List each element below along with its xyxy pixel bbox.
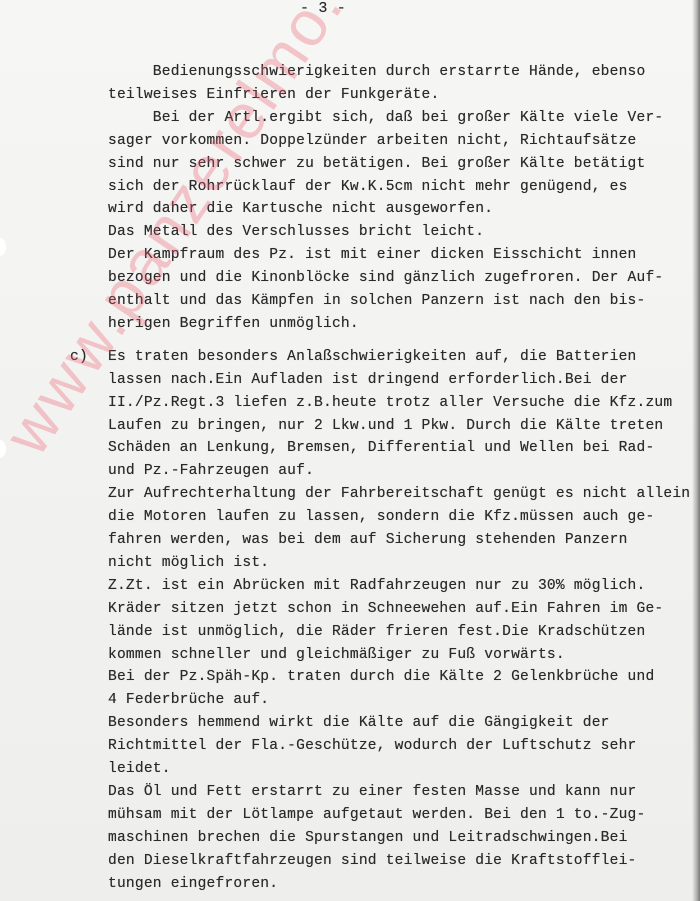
text-line: die Motoren laufen zu lassen, sondern di… [108, 509, 654, 525]
text-line: maschinen brechen die Spurstangen und Le… [108, 830, 628, 846]
text-line: teilweises Einfrieren der Funkgeräte. [108, 87, 439, 103]
text-line: mühsam mit der Lötlampe aufgetaut werden… [108, 807, 645, 823]
text-line: tungen eingefroren. [108, 876, 278, 892]
text-line: leidet. [108, 761, 171, 777]
text-line: Besonders hemmend wirkt die Kälte auf di… [108, 715, 610, 731]
text-line: den Dieselkraftfahrzeugen sind teilweise… [108, 853, 637, 869]
text-line: bezogen und die Kinonblöcke sind gänzlic… [108, 270, 663, 286]
section-label: c) [70, 349, 88, 365]
text-line: enthalt und das Kämpfen in solchen Panze… [108, 293, 645, 309]
text-line: kommen schneller und gleichmäßiger zu Fu… [108, 647, 565, 663]
punch-hole [0, 238, 6, 256]
text-line: und Pz.-Fahrzeugen auf. [108, 463, 314, 479]
text-line: Es traten besonders Anlaßschwierigkeiten… [108, 349, 637, 365]
text-line: Das Öl und Fett erstarrt zu einer festen… [108, 784, 637, 800]
text-line: Bei der Artl.ergibt sich, daß bei großer… [108, 110, 663, 126]
text-line: fahren werden, was bei dem auf Sicherung… [108, 532, 628, 548]
text-line: wird daher die Kartusche nicht ausgeworf… [108, 201, 493, 217]
text-line: Schäden an Lenkung, Bremsen, Differentia… [108, 440, 654, 456]
text-line: Laufen zu bringen, nur 2 Lkw.und 1 Pkw. … [108, 418, 663, 434]
text-line: nicht möglich ist. [108, 555, 269, 571]
text-line: sind nur sehr schwer zu betätigen. Bei g… [108, 156, 645, 172]
text-line: II./Pz.Regt.3 liefen z.B.heute trotz all… [108, 395, 672, 411]
text-line: sich der Rohrrücklauf der Kw.K.5cm nicht… [108, 179, 628, 195]
text-line: Das Metall des Verschlusses bricht leich… [108, 224, 484, 240]
text-line: Der Kampfraum des Pz. ist mit einer dick… [108, 247, 637, 263]
text-line: lassen nach.Ein Aufladen ist dringend er… [108, 372, 628, 388]
text-line: Z.Zt. ist ein Abrücken mit Radfahrzeugen… [108, 578, 645, 594]
text-line: Kräder sitzen jetzt schon in Schneewehen… [108, 601, 663, 617]
document-page: - 3 - c) Bedienungsschwierigkeiten durch… [0, 0, 700, 901]
text-line: sager vorkommen. Doppelzünder arbeiten n… [108, 133, 637, 149]
text-line: Bedienungsschwierigkeiten durch erstarrt… [108, 64, 645, 80]
page-edge-shadow [692, 0, 700, 901]
text-line: 4 Federbrüche auf. [108, 692, 269, 708]
punch-hole [0, 440, 6, 458]
text-line: Richtmittel der Fla.-Geschütze, wodurch … [108, 738, 637, 754]
text-line: herigen Begriffen unmöglich. [108, 316, 359, 332]
text-line: lände ist unmöglich, die Räder frieren f… [108, 624, 645, 640]
text-line: Zur Aufrechterhaltung der Fahrbereitscha… [108, 486, 690, 502]
page-number: - 3 - [300, 0, 346, 17]
text-line: Bei der Pz.Späh-Kp. traten durch die Käl… [108, 669, 654, 685]
